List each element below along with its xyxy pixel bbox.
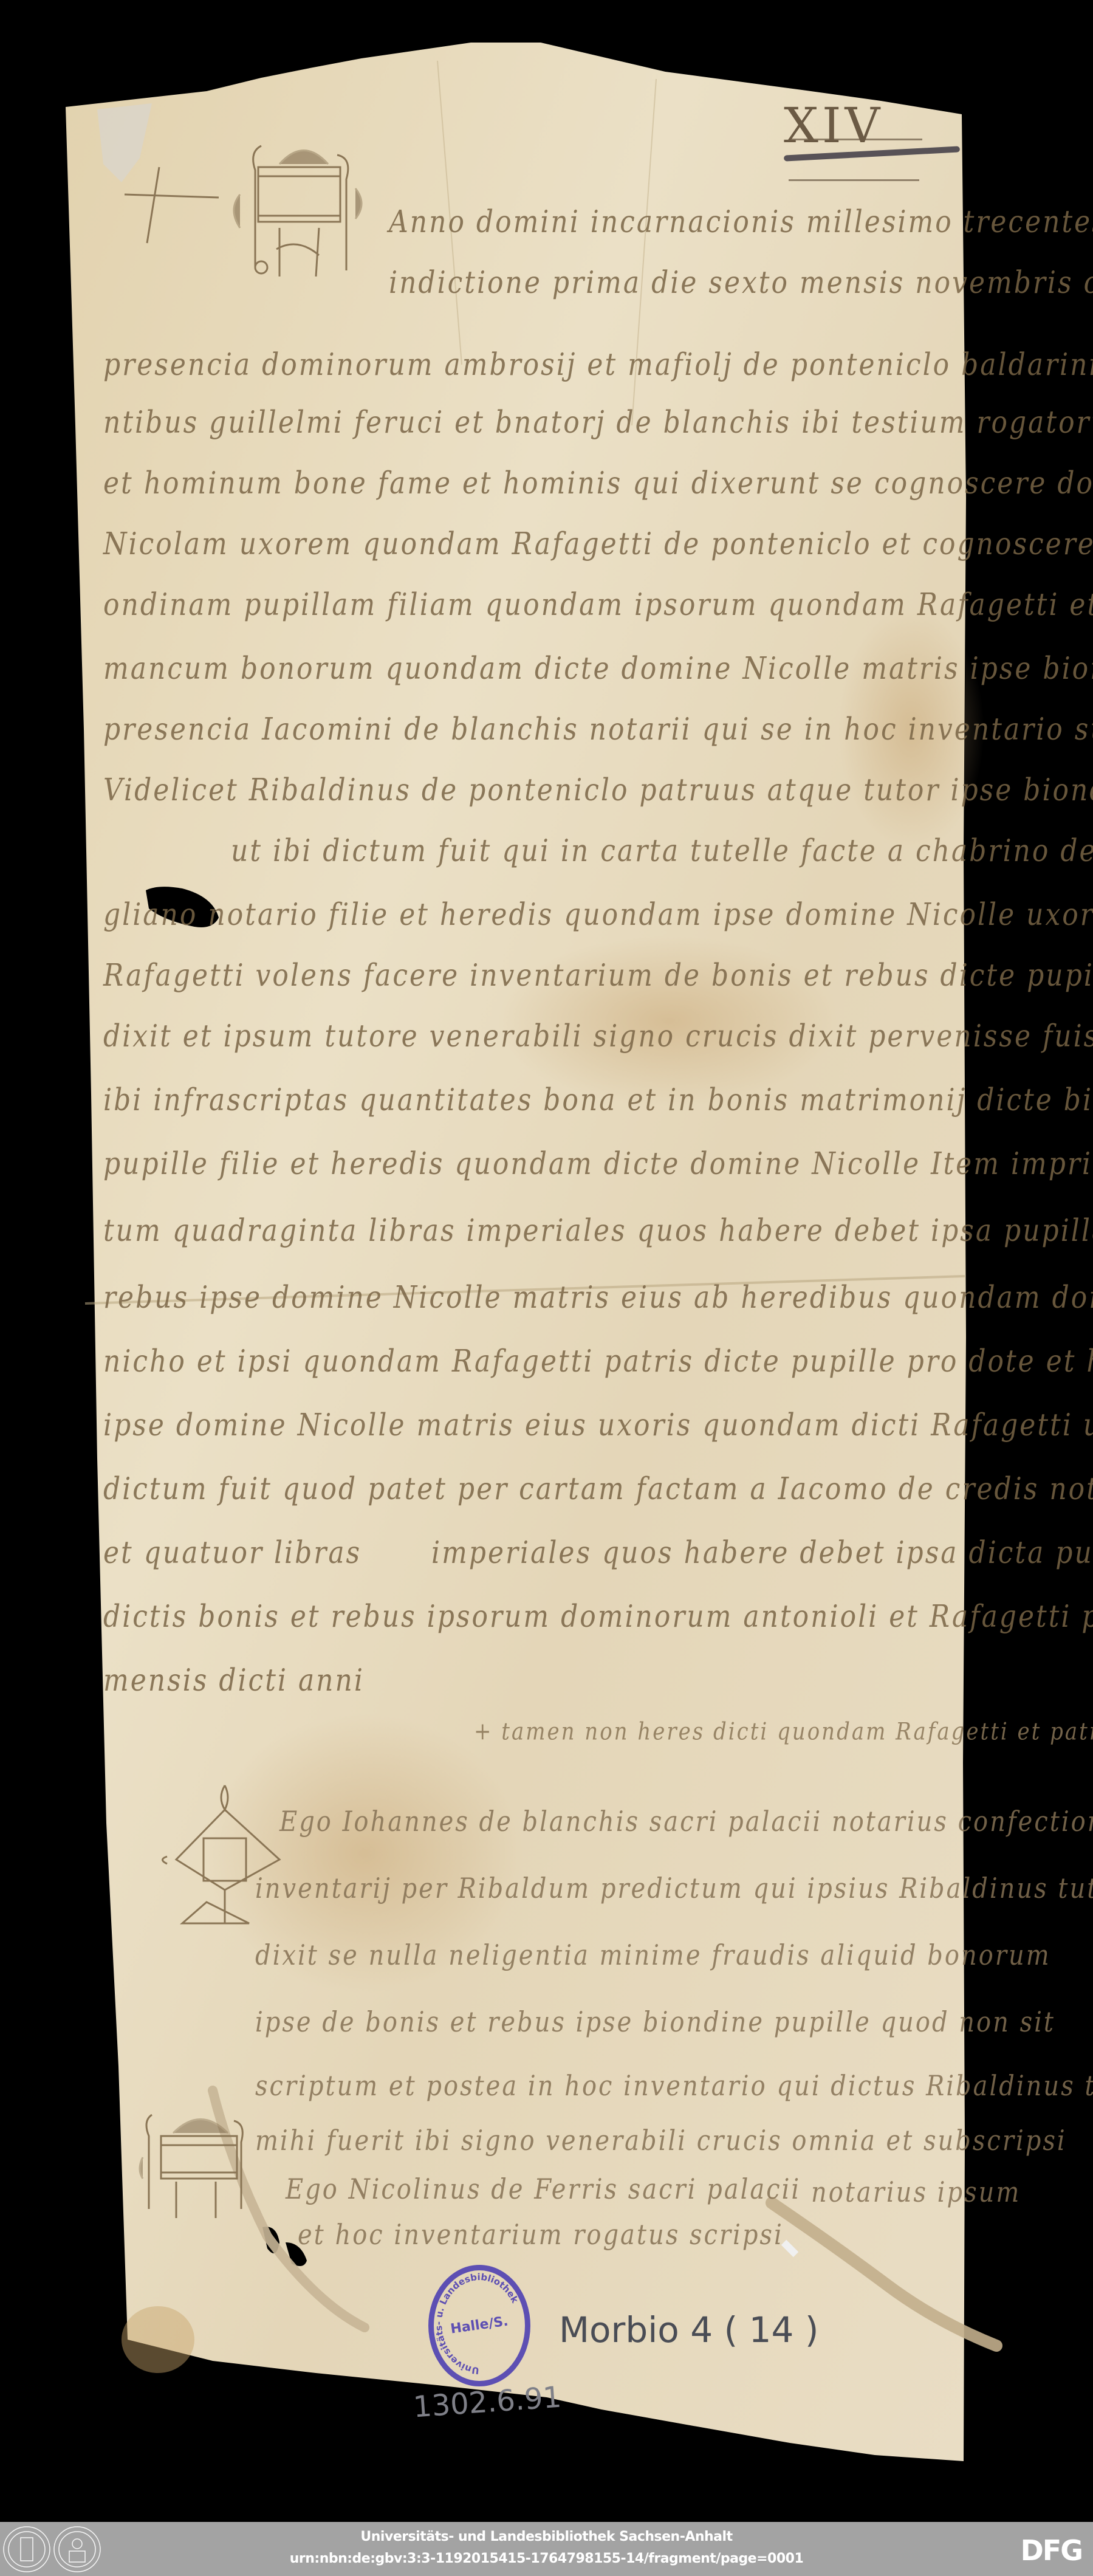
manuscript-line: dictis bonis et rebus ipsorum dominorum … bbox=[103, 1599, 1093, 1635]
interlinear-note: + tamen non heres dicti quondam Rafagett… bbox=[474, 1718, 1093, 1746]
manuscript-line: ibi infrascriptas quantitates bona et in… bbox=[103, 1082, 1093, 1118]
manuscript-line: pupille filie et heredis quondam dicte d… bbox=[103, 1146, 1093, 1182]
shelfmark-roman-numeral: XIV bbox=[784, 97, 883, 154]
manuscript-line: imperiales quos habere debet ipsa dicta … bbox=[431, 1535, 1093, 1571]
subscription-line: dixit se nulla neligentia minime fraudis… bbox=[255, 1940, 1051, 1972]
pencil-signature: Morbio 4 ( 14 ) bbox=[559, 2309, 819, 2351]
manuscript-line: nicho et ipsi quondam Rafagetti patris d… bbox=[103, 1344, 1093, 1379]
subscription-line: Ego Iohannes de blanchis sacri palacii n… bbox=[279, 1806, 1093, 1838]
manuscript-line: presencia dominorum ambrosij et mafiolj … bbox=[103, 347, 1093, 383]
subscription-line: notarius ipsum bbox=[811, 2177, 1021, 2209]
manuscript-line: ipse domine Nicolle matris eius uxoris q… bbox=[103, 1407, 1093, 1443]
document-urn[interactable]: urn:nbn:de:gbv:3:3-1192015415-1764798155… bbox=[0, 2551, 1093, 2566]
subscription-line: Ego Nicolinus de Ferris sacri palacii bbox=[286, 2174, 801, 2206]
manuscript-line: mensis dicti anni bbox=[103, 1663, 365, 1698]
library-footer-bar: Universitäts- und Landesbibliothek Sachs… bbox=[0, 2522, 1093, 2576]
manuscript-line: mancum bonorum quondam dicte domine Nico… bbox=[103, 651, 1093, 687]
subscription-line: inventarij per Ribaldum predictum qui ip… bbox=[255, 1873, 1093, 1905]
manuscript-line: presencia Iacomini de blanchis notarii q… bbox=[103, 712, 1093, 747]
manuscript-line: rebus ipse domine Nicolle matris eius ab… bbox=[103, 1280, 1093, 1316]
manuscript-line: Rafagetti volens facere inventarium de b… bbox=[103, 958, 1093, 994]
manuscript-line: indictione prima die sexto mensis novemb… bbox=[389, 265, 1093, 301]
parchment-scan: XIV Anno domini incarnacionis millesimo … bbox=[0, 0, 1093, 2522]
subscription-line: mihi fuerit ibi signo venerabili crucis … bbox=[255, 2125, 1067, 2157]
subscription-line: ipse de bonis et rebus ipse biondine pup… bbox=[255, 2007, 1055, 2039]
manuscript-line: Anno domini incarnacionis millesimo trec… bbox=[389, 204, 1093, 240]
manuscript-line: dixit et ipsum tutore venerabili signo c… bbox=[103, 1018, 1093, 1054]
dfg-logo: DFG bbox=[1021, 2534, 1082, 2567]
manuscript-line: ntibus guillelmi feruci et bnatorj de bl… bbox=[103, 405, 1093, 441]
manuscript-line: gliano notario filie et heredis quondam … bbox=[103, 897, 1093, 933]
manuscript-line: tum quadraginta libras imperiales quos h… bbox=[103, 1213, 1093, 1249]
library-stamp: Universitäts- u. Landesbibliothek Halle/… bbox=[428, 2265, 530, 2386]
manuscript-line: Videlicet Ribaldinus de ponteniclo patru… bbox=[103, 772, 1093, 808]
manuscript-line: ut ibi dictum fuit qui in carta tutelle … bbox=[231, 833, 1093, 869]
subscription-line: scriptum et postea in hoc inventario qui… bbox=[255, 2070, 1093, 2103]
institution-name: Universitäts- und Landesbibliothek Sachs… bbox=[0, 2529, 1093, 2544]
manuscript-line: dictum fuit quod patet per cartam factam… bbox=[103, 1471, 1093, 1507]
manuscript-line: et quatuor libras bbox=[103, 1535, 361, 1571]
shelfmark-rule-bottom bbox=[789, 179, 919, 181]
manuscript-line: Nicolam uxorem quondam Rafagetti de pont… bbox=[103, 526, 1093, 562]
document-viewer: XIV Anno domini incarnacionis millesimo … bbox=[0, 0, 1093, 2522]
manuscript-line: ondinam pupillam filiam quondam ipsorum … bbox=[103, 587, 1093, 623]
subscription-line: et hoc inventarium rogatus scripsi bbox=[298, 2219, 784, 2251]
manuscript-line: et hominum bone fame et hominis qui dixe… bbox=[103, 465, 1093, 501]
